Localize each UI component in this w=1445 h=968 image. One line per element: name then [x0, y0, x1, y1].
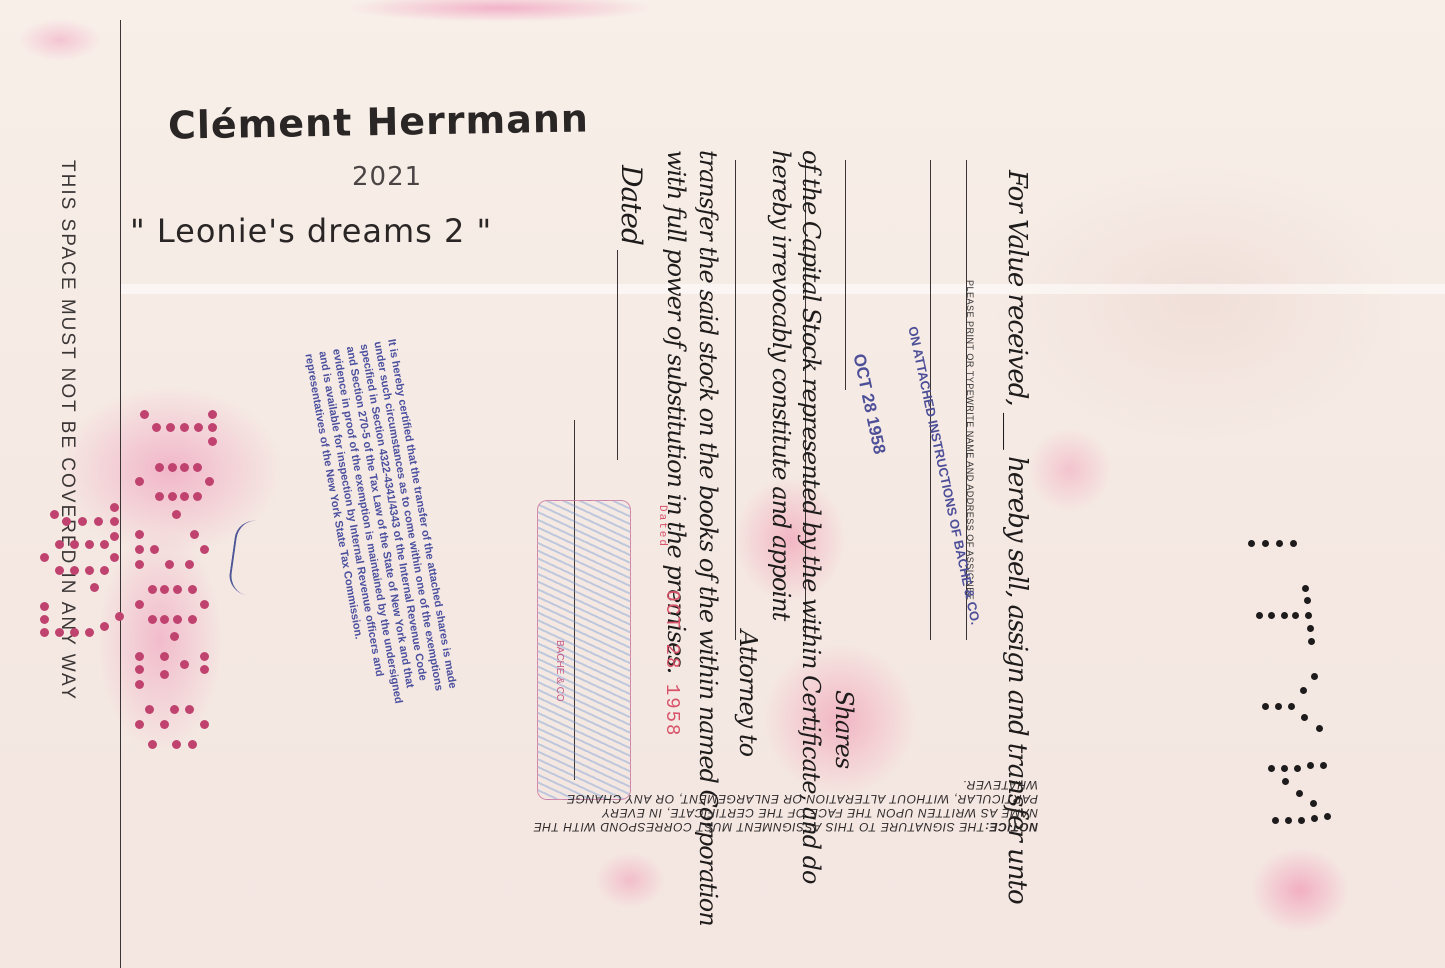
- perforation-dot: [1294, 765, 1301, 772]
- notice-body: THE SIGNATURE TO THIS ASSIGNMENT MUST CO…: [533, 778, 1038, 834]
- perforation-dot: [180, 492, 189, 501]
- perforation-dot: [1305, 612, 1312, 619]
- perforation-dot: [55, 628, 64, 637]
- perforation-dot: [78, 517, 87, 526]
- perforation-dot: [160, 652, 169, 661]
- perforation-dot: [180, 463, 189, 472]
- perforation-dot: [1275, 703, 1282, 710]
- perforation-dot: [1268, 612, 1275, 619]
- perforation-dot: [135, 680, 144, 689]
- artwork-title: " Leonie's dreams 2 ": [130, 212, 492, 250]
- perforation-dot: [185, 560, 194, 569]
- notice-text: NOTICE:THE SIGNATURE TO THIS ASSIGNMENT …: [518, 778, 1038, 834]
- perforation-dot: [208, 410, 217, 419]
- perforation-dot: [180, 423, 189, 432]
- form-line-capital-stock: of the Capital Stock represented by the …: [797, 150, 825, 883]
- perforation-dot: [100, 540, 109, 549]
- perforation-dot: [1302, 585, 1309, 592]
- perforation-dot: [1248, 540, 1255, 547]
- perforation-dot: [173, 615, 182, 624]
- perforation-dot: [194, 423, 203, 432]
- perforation-dot: [140, 410, 149, 419]
- artist-name: Clément Herrmann: [168, 96, 590, 147]
- perforation-dot: [1316, 725, 1323, 732]
- perforation-dot: [1300, 687, 1307, 694]
- perforation-dot: [148, 585, 157, 594]
- perforation-dot: [148, 740, 157, 749]
- perforation-dot: [1296, 790, 1303, 797]
- perforation-dot: [85, 540, 94, 549]
- perforation-dot: [40, 553, 49, 562]
- perforation-dot: [145, 705, 154, 714]
- form-line-dated: Dated: [615, 165, 648, 245]
- perforation-dot: [1272, 817, 1279, 824]
- perforation-dot: [193, 492, 202, 501]
- perforation-dot: [70, 540, 79, 549]
- perforation-dot: [1292, 612, 1299, 619]
- perforation-dot: [1307, 625, 1314, 632]
- perforation-dot: [166, 423, 175, 432]
- perforation-dot: [1311, 815, 1318, 822]
- perforation-dot: [135, 545, 144, 554]
- perforation-dot: [188, 585, 197, 594]
- perforation-dot: [94, 517, 103, 526]
- perforation-dot: [1262, 540, 1269, 547]
- perforation-dot: [55, 540, 64, 549]
- perforation-dot: [1307, 762, 1314, 769]
- perforation-dot: [1282, 778, 1289, 785]
- perforation-dot: [200, 665, 209, 674]
- perforation-dot: [155, 492, 164, 501]
- perforation-dot: [185, 705, 194, 714]
- perforation-dot: [160, 670, 169, 679]
- form-line-shares: Shares: [830, 690, 858, 768]
- perforation-dot: [1281, 612, 1288, 619]
- perforation-dot: [173, 585, 182, 594]
- perforation-dot: [1320, 762, 1327, 769]
- perforation-dot: [200, 600, 209, 609]
- perforation-dot: [90, 583, 99, 592]
- perforation-dot: [200, 545, 209, 554]
- artwork-year: 2021: [352, 162, 422, 192]
- signature-guarantee-stamp: [537, 500, 631, 800]
- perforation-dot: [50, 510, 59, 519]
- perforation-dot: [1301, 714, 1308, 721]
- form-rule: [735, 160, 736, 640]
- perforation-dot: [40, 615, 49, 624]
- perforation-dot: [190, 530, 199, 539]
- margin-rule: [120, 20, 121, 968]
- perforation-dot: [180, 660, 189, 669]
- perforation-dot: [135, 652, 144, 661]
- perforation-dot: [135, 477, 144, 486]
- perforation-dot: [152, 423, 161, 432]
- perforation-dot: [135, 720, 144, 729]
- perforation-dot: [110, 532, 119, 541]
- perforation-dot: [170, 632, 179, 641]
- perforation-dot: [172, 510, 181, 519]
- perforation-dot: [1285, 817, 1292, 824]
- perforation-dot: [160, 585, 169, 594]
- perforation-dot: [70, 628, 79, 637]
- perforation-dot: [1324, 813, 1331, 820]
- perforation-dot: [1308, 638, 1315, 645]
- perforation-dot: [165, 560, 174, 569]
- perforation-dot: [135, 600, 144, 609]
- perforation-dot: [1256, 612, 1263, 619]
- perforation-dot: [85, 628, 94, 637]
- perforation-dot: [62, 517, 71, 526]
- perforation-dot: [85, 566, 94, 575]
- perforation-dot: [110, 517, 119, 526]
- perforation-dot: [70, 566, 79, 575]
- perforation-dot: [200, 720, 209, 729]
- perforation-dot: [1288, 703, 1295, 710]
- perforation-dot: [1311, 673, 1318, 680]
- perforation-dot: [100, 566, 109, 575]
- perforation-dot: [208, 437, 217, 446]
- perforation-dot: [148, 615, 157, 624]
- perforation-dot: [160, 615, 169, 624]
- guarantee-firm: BACHE & CO: [554, 640, 565, 702]
- form-line-attorney: Attorney to: [734, 630, 762, 756]
- perforation-dot: [135, 530, 144, 539]
- perforation-dot: [1298, 817, 1305, 824]
- perforation-dot: [170, 705, 179, 714]
- perforation-dot: [188, 740, 197, 749]
- perforation-dot: [155, 463, 164, 472]
- perforation-dot: [1281, 765, 1288, 772]
- perforation-dot: [115, 612, 124, 621]
- perforation-dot: [168, 492, 177, 501]
- form-rule: [617, 250, 618, 460]
- perforation-dot: [1262, 703, 1269, 710]
- perforation-dot: [193, 463, 202, 472]
- perforation-dot: [135, 560, 144, 569]
- margin-warning: THIS SPACE MUST NOT BE COVERED IN ANY WA…: [56, 160, 78, 701]
- perforation-dot: [100, 622, 109, 631]
- perforation-dot: [40, 602, 49, 611]
- perforation-dot: [200, 652, 209, 661]
- form-rule: [845, 160, 846, 390]
- perforation-dot: [208, 423, 217, 432]
- red-date-stamp: OCT 28 1958: [661, 590, 683, 737]
- perforation-dot: [168, 463, 177, 472]
- red-dated-label: Dated: [656, 505, 668, 548]
- perforation-dot: [150, 545, 159, 554]
- perforation-dot: [205, 477, 214, 486]
- perforation-dot: [172, 740, 181, 749]
- perforation-dot: [1276, 540, 1283, 547]
- perforation-dot: [110, 553, 119, 562]
- perforation-dot: [188, 615, 197, 624]
- perforation-dot: [55, 566, 64, 575]
- perforation-dot: [1304, 597, 1311, 604]
- perforation-dot: [1290, 540, 1297, 547]
- perforation-dot: [1310, 800, 1317, 807]
- perforation-dot: [1268, 765, 1275, 772]
- perforation-dot: [110, 503, 119, 512]
- perforation-dot: [135, 665, 144, 674]
- perforation-dot: [40, 628, 49, 637]
- perforation-dot: [160, 720, 169, 729]
- notice-label: NOTICE:: [984, 820, 1038, 834]
- form-line-appoint: hereby irrevocably constitute and appoin…: [767, 150, 795, 620]
